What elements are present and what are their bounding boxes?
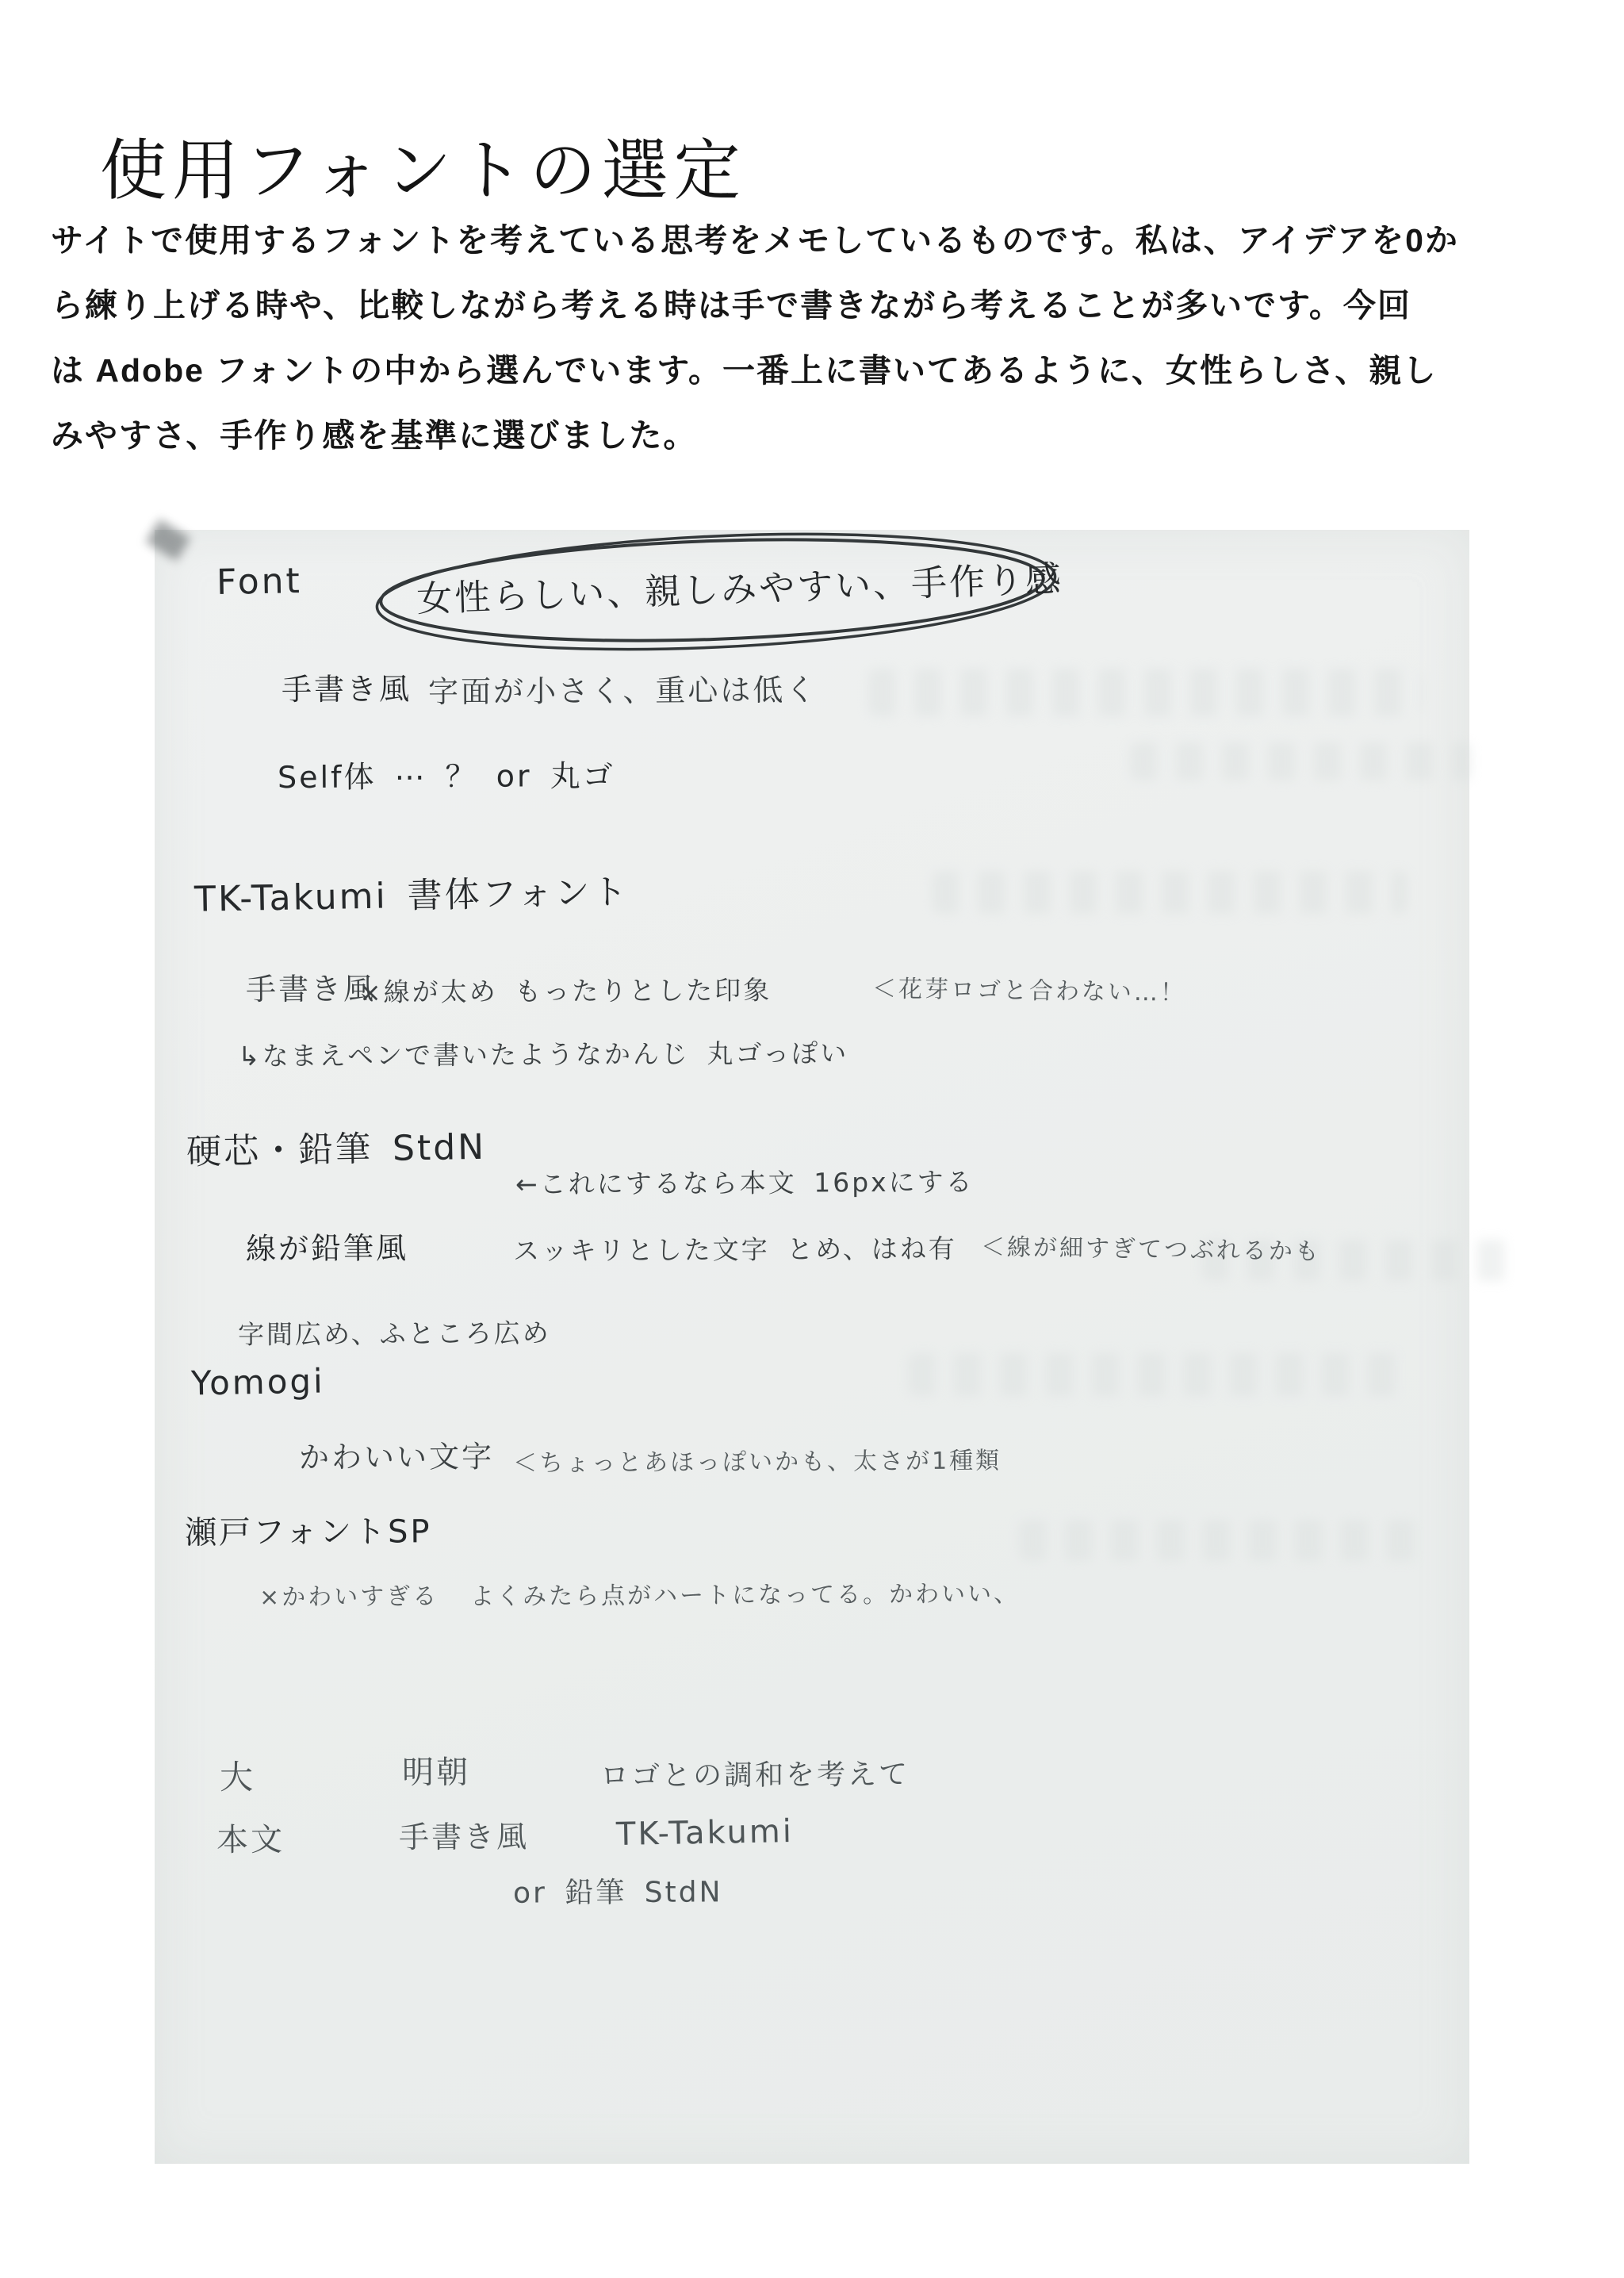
seto-note2: よくみたら点がハートになってる。かわいい、 [470, 1574, 1020, 1612]
enpitsu-arrow-note: ←これにするなら本文 16pxにする [515, 1161, 975, 1201]
decision-heading-font: 明朝 [402, 1747, 470, 1793]
seto-title: 瀬戸フォントSP [185, 1506, 432, 1553]
scan-corner-smudge [145, 519, 190, 561]
decision-heading-note: ロゴとの調和を考えて [600, 1752, 910, 1794]
page-title: 使用フォントの選定 [100, 117, 746, 213]
yomogi-style-label: かわいい文字 [299, 1432, 494, 1476]
decision-heading-label: 大 [220, 1751, 255, 1799]
intro-line: サイトで使用するフォントを考えている思考をメモしているものです。私は、アイデアを… [51, 208, 1589, 273]
takumi-note3: ↳なまえペンで書いたようなかんじ 丸ゴっぽい [238, 1033, 848, 1073]
intro-line: ら練り上げる時や、比較しながら考える時は手で書きながら考えることが多いです。今回 [51, 273, 1589, 338]
enpitsu-note3: 字間広め、ふところ広め [238, 1313, 551, 1352]
bleedthrough-marks [932, 871, 1408, 914]
takumi-note2: ＜花芽ロゴと合わない…！ [872, 968, 1187, 1008]
yomogi-note1: ＜ちょっとあほっぽいかも、太さが1種類 [513, 1440, 1002, 1478]
intro-paragraph: サイトで使用するフォントを考えている思考をメモしているものです。私は、アイデアを… [51, 208, 1589, 468]
enpitsu-note1: スッキリとした文字 とめ、はね有 [513, 1229, 957, 1268]
handwritten-notes-photo: Font 女性らしい、親しみやすい、手作り感 手書き風 字面が小さく、重心は低く… [155, 530, 1469, 2164]
bleedthrough-marks [1130, 742, 1471, 780]
bleedthrough-marks [1019, 1520, 1431, 1561]
intro-line: みやすさ、手作り感を基準に選びました。 [51, 403, 1589, 468]
takumi-style-label: 手書き風 [246, 965, 376, 1009]
decision-body-font: 手書き風 [399, 1812, 529, 1857]
intro-line: は Adobe フォントの中から選んでいます。一番上に書いてあるように、女性らし… [51, 338, 1589, 403]
bleedthrough-marks [908, 1353, 1400, 1396]
decision-body-alt: or 鉛筆 StdN [513, 1870, 723, 1911]
document-page: 使用フォントの選定 サイトで使用するフォントを考えている思考をメモしているもので… [0, 0, 1624, 2278]
enpitsu-title: 硬芯・鉛筆 StdN [186, 1118, 486, 1175]
decision-body-choice: TK-Takumi [616, 1813, 795, 1853]
decision-body-label: 本文 [216, 1815, 285, 1860]
seto-note1: ×かわいすぎる [259, 1576, 439, 1612]
takumi-note1: ×線が太め もったりとした印象 [359, 970, 772, 1010]
tegaki-label: 手書き風 [282, 665, 412, 709]
takumi-title: TK-Takumi 書体フォント [193, 863, 629, 922]
enpitsu-style-label: 線が鉛筆風 [246, 1223, 408, 1267]
tegaki-note: 字面が小さく、重心は低く [428, 665, 818, 711]
yomogi-title: Yomogi [191, 1362, 326, 1403]
enpitsu-note2: ＜線が細すぎてつぶれるかも [981, 1227, 1322, 1267]
font-section-label: Font [216, 561, 303, 603]
serif-question: Self体 ⋯ ？ or 丸ゴ [278, 751, 615, 796]
bleedthrough-marks [868, 669, 1423, 716]
